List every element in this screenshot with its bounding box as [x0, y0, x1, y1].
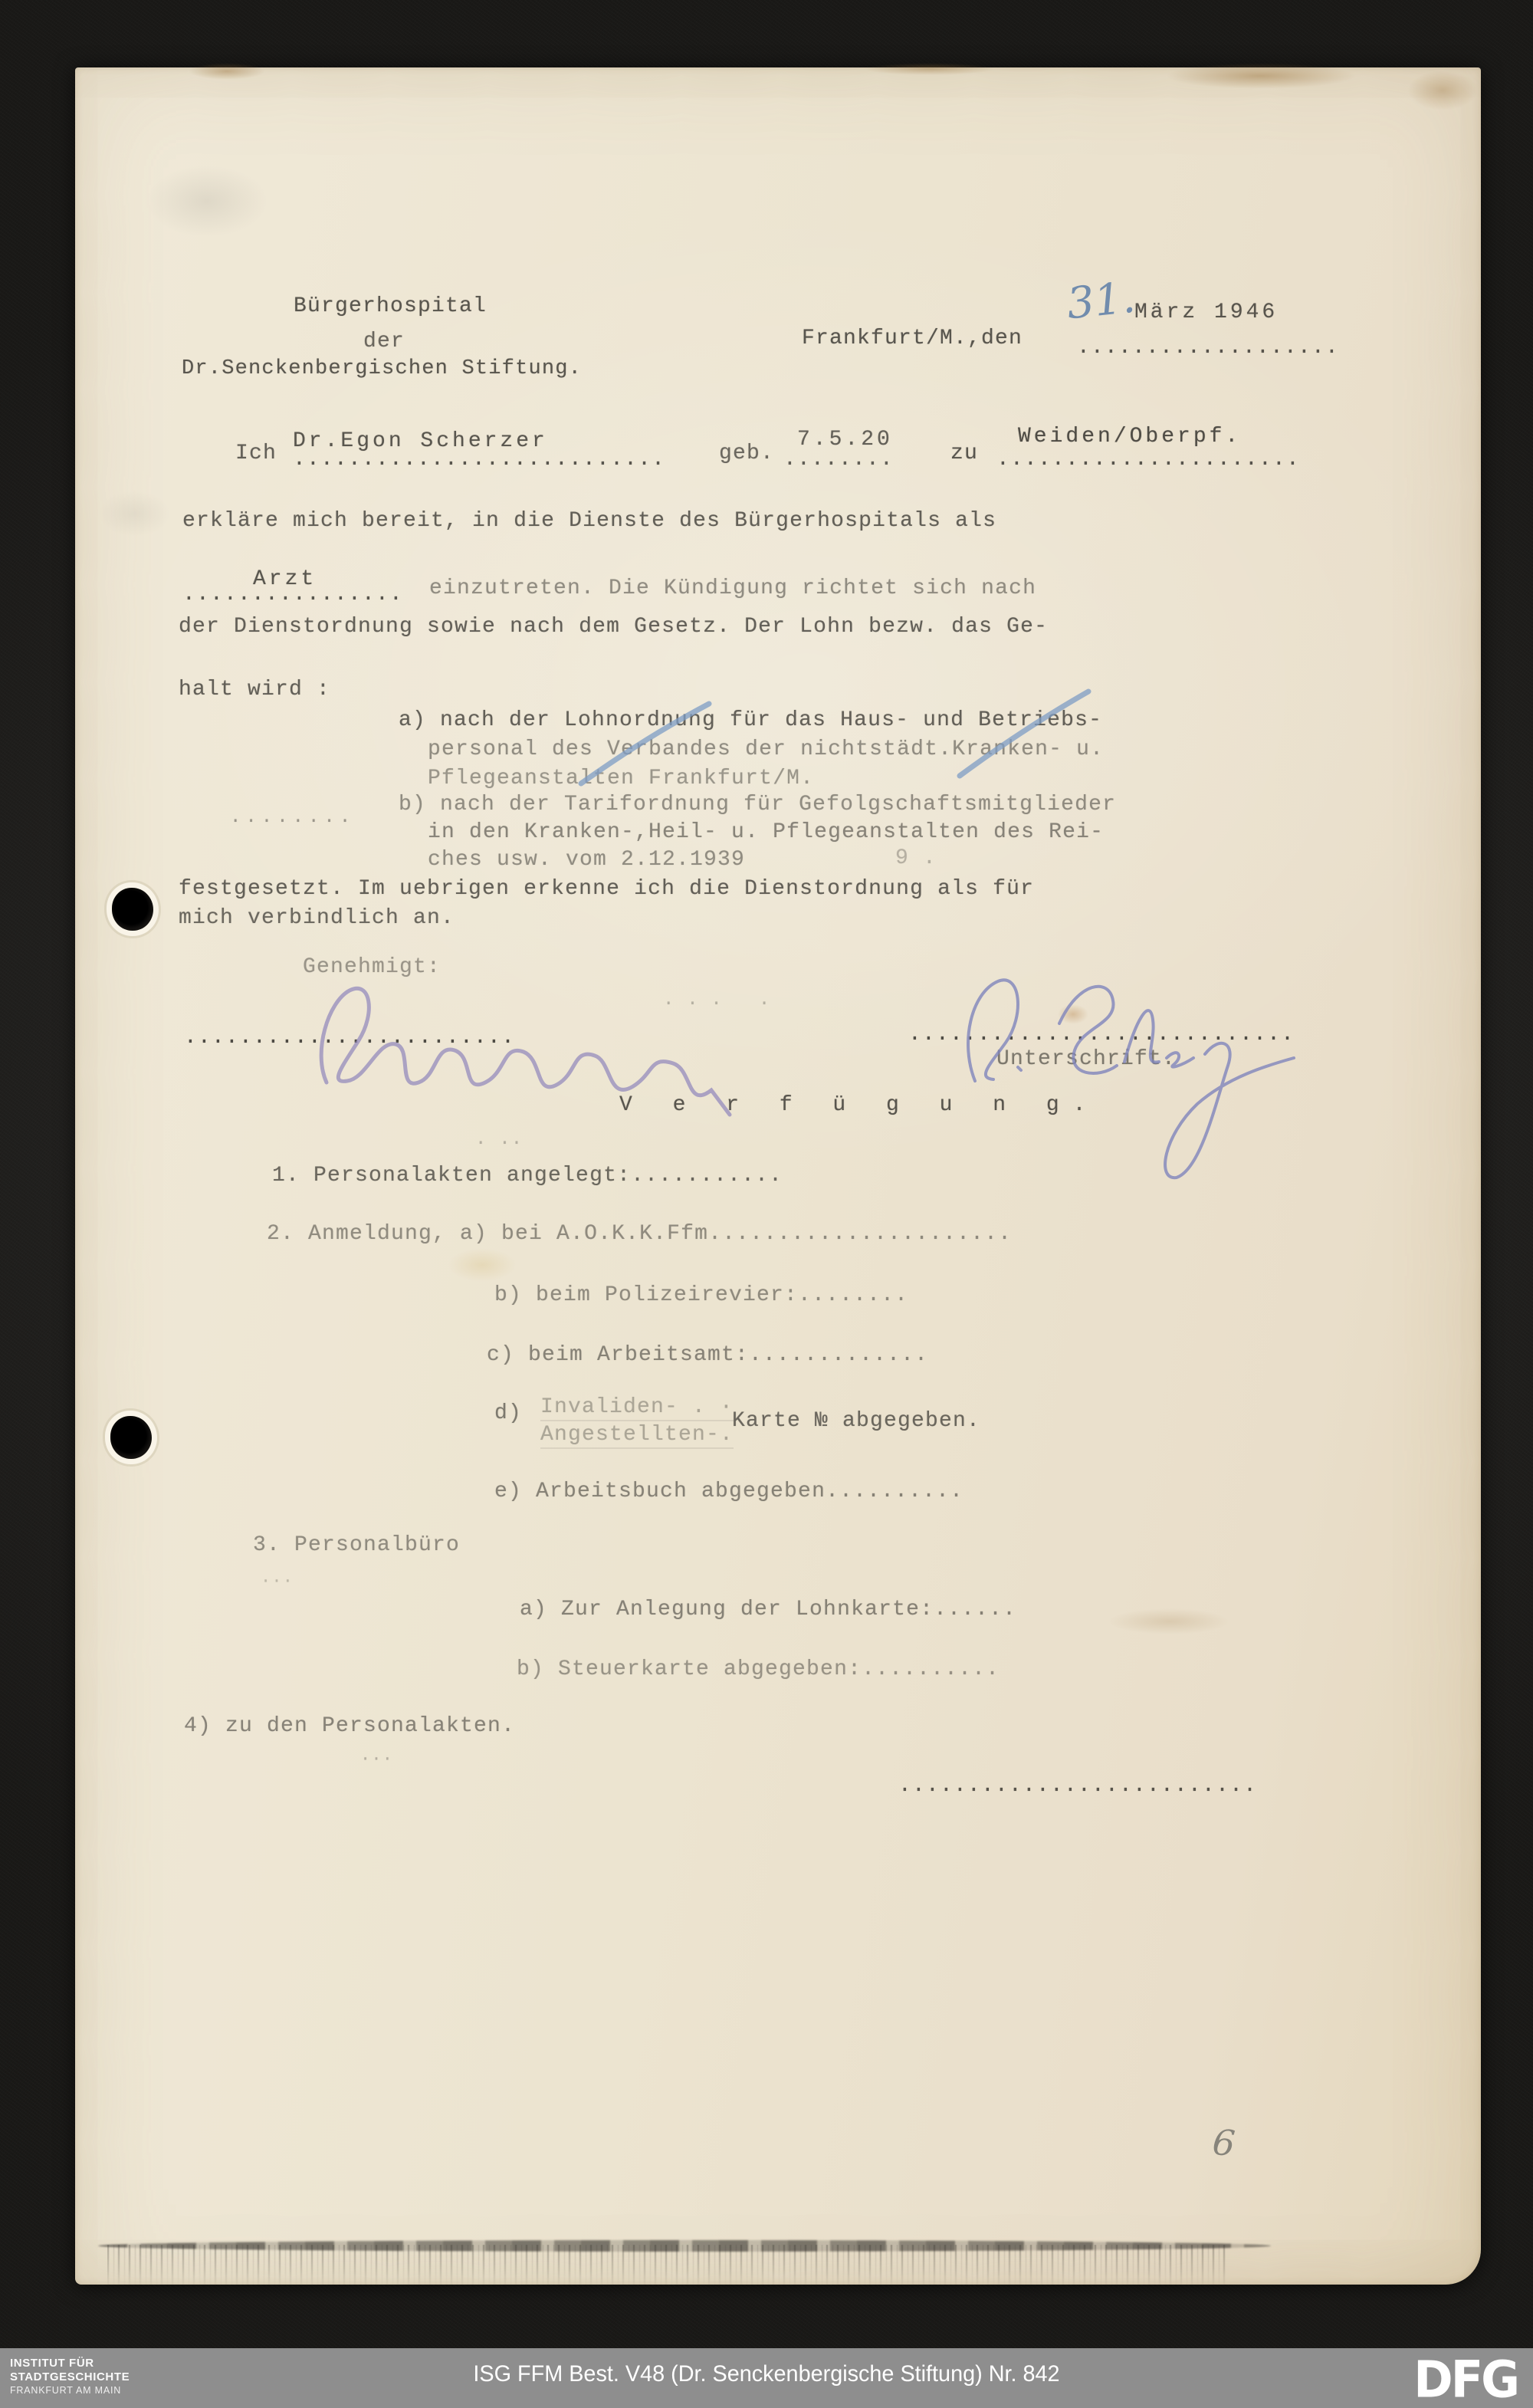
typed-line-19: b) nach der Tarifordnung für Gefolgschaf…: [399, 793, 1116, 817]
letterhead-stiftung: Dr.Senckenbergischen Stiftung.: [182, 357, 582, 381]
typed-line-0: Ich: [235, 442, 277, 466]
typed-line-21: ches usw. vom 2.12.1939: [428, 848, 745, 872]
archive-reference: ISG FFM Best. V48 (Dr. Senckenbergische …: [473, 2361, 1059, 2387]
handwritten-day: 31.: [1065, 273, 1137, 330]
typed-line-25: ........................: [184, 1026, 515, 1050]
typed-line-29: 1. Personalakten angelegt:...........: [272, 1164, 783, 1188]
typed-line-7: Weiden/Oberpf.: [1018, 425, 1241, 449]
institute-line1: INSTITUT FÜR: [10, 2357, 130, 2370]
typed-line-22: 9 .: [895, 846, 937, 871]
typed-line-16: personal des Verbandes der nichtstädt.Kr…: [428, 738, 1104, 762]
typed-line-15: a) nach der Lohnordnung für das Haus- un…: [399, 708, 1102, 733]
typed-line-42: 4) zu den Personalakten.: [184, 1714, 515, 1739]
institute-logo: INSTITUT FÜR STADTGESCHICHTE FRANKFURT A…: [10, 2357, 130, 2397]
dfg-logo: DFG: [1413, 2350, 1518, 2408]
date-place: Frankfurt/M.,den: [802, 327, 1023, 351]
typed-line-9: erkläre mich bereit, in die Dienste des …: [182, 509, 996, 534]
typed-line-43: ···: [360, 1749, 393, 1769]
typed-line-24: mich verbindlich an.: [179, 906, 455, 931]
typed-line-2: ...........................: [293, 448, 665, 472]
typed-line-26: · · · ·: [663, 994, 770, 1015]
typed-line-13: der Dienstordnung sowie nach dem Gesetz.…: [179, 615, 1048, 639]
punch-hole: [112, 888, 153, 931]
typed-line-6: zu: [950, 442, 978, 466]
typed-line-14: halt wird :: [179, 678, 330, 702]
letterhead-der: der: [363, 330, 405, 354]
institute-line2: STADTGESCHICHTE: [10, 2370, 130, 2384]
institute-line3: FRANKFURT AM MAIN: [10, 2385, 130, 2397]
typed-line-39: ···: [261, 1572, 294, 1591]
scan-page: Bürgerhospital der Dr.Senckenbergischen …: [0, 0, 1533, 2408]
typed-line-12: einzutreten. Die Kündigung richtet sich …: [429, 577, 1036, 601]
typed-line-31: b) beim Polizeirevier:........: [494, 1283, 908, 1308]
approved-label: Genehmigt:: [303, 955, 441, 980]
date-dotted-line: ...................: [1077, 336, 1339, 360]
typed-line-20: in den Kranken-,Heil- u. Pflegeanstalten…: [428, 820, 1104, 845]
page-number: 6: [1211, 2121, 1237, 2164]
signature-caption: Unterschrift.: [996, 1047, 1176, 1072]
punch-hole: [110, 1416, 152, 1459]
typed-line-35: Angestellten-.: [540, 1423, 734, 1449]
typed-line-3: geb.: [719, 442, 774, 466]
date-month-year: März 1946: [1134, 301, 1278, 325]
typed-line-33: d): [494, 1401, 522, 1426]
typed-line-40: a) Zur Anlegung der Lohnkarte:......: [520, 1598, 1016, 1622]
typed-line-18: ········: [230, 811, 355, 833]
section-heading: V e r f ü g u n g.: [619, 1093, 1099, 1118]
archive-footer-bar: INSTITUT FÜR STADTGESCHICHTE FRANKFURT A…: [0, 2348, 1533, 2408]
typed-line-17: Pflegeanstalten Frankfurt/M.: [428, 767, 814, 791]
typed-line-8: ......................: [996, 448, 1300, 472]
typed-line-5: ........: [783, 448, 894, 472]
typed-line-32: c) beim Arbeitsamt:.............: [487, 1343, 928, 1368]
typed-line-44: ..........................: [898, 1774, 1257, 1799]
typed-line-37: e) Arbeitsbuch abgegeben..........: [494, 1480, 963, 1504]
typed-line-28: · ··: [475, 1133, 523, 1155]
typed-line-23: festgesetzt. Im uebrigen erkenne ich die…: [179, 877, 1034, 902]
typed-line-27: ............................: [908, 1023, 1295, 1047]
ink-smear: [107, 2245, 1226, 2288]
typed-line-41: b) Steuerkarte abgegeben:..........: [517, 1657, 1000, 1682]
typed-line-34: Invaliden- . ·: [540, 1395, 734, 1421]
typed-line-38: 3. Personalbüro: [253, 1533, 460, 1558]
typed-line-30: 2. Anmeldung, a) bei A.O.K.K.Ffm........…: [267, 1222, 1012, 1247]
typed-line-36: Karte № abgegeben.: [732, 1409, 980, 1434]
letterhead-hospital: Bürgerhospital: [294, 294, 487, 319]
typed-line-11: ................: [182, 583, 403, 607]
